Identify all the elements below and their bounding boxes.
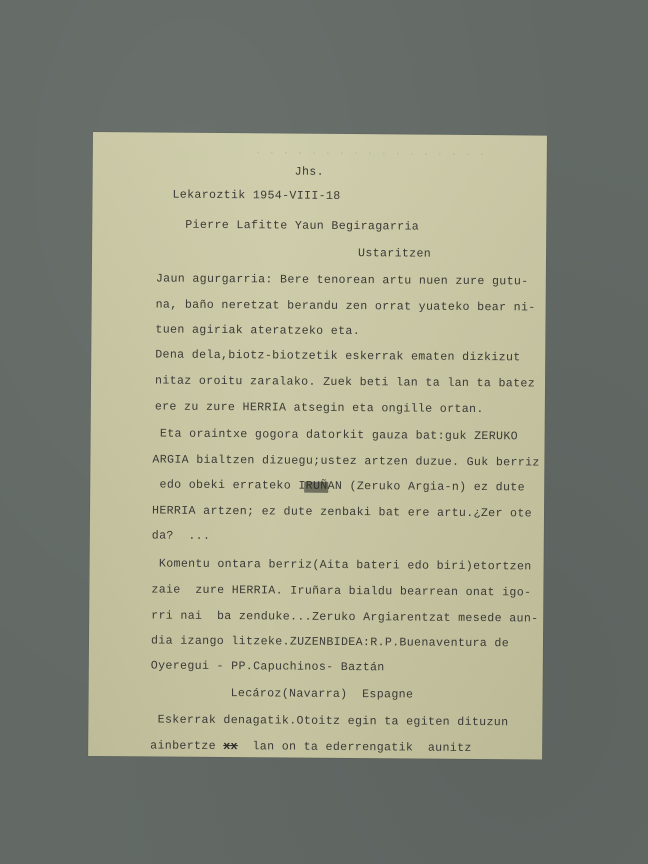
paragraph-3-line-4: HERRIA artzen; ez dute zenbaki bat ere a…	[152, 504, 532, 521]
paragraph-3-line-5: da? ...	[152, 529, 211, 543]
paragraph-4-line-2: zaie zure HERRIA. Iruñara bialdu bearrea…	[151, 583, 531, 600]
show-through-text: · · · · · · · · · · · · · · · · ·	[255, 148, 486, 161]
paragraph-1-line-2: na, baño neretzat berandu zen orrat yuat…	[156, 298, 536, 315]
paragraph-5-line-2: ainbertze xx lan on ta ederrengatik auni…	[150, 739, 472, 756]
address-line: Lecároz(Navarra) Espagne	[231, 687, 414, 702]
invocation: Jhs.	[295, 166, 324, 180]
recipient: Pierre Lafitte Yaun Begiragarria	[185, 219, 419, 235]
corrected-word: IRUÑAN	[298, 480, 342, 494]
paragraph-2-line-3: ere zu zure HERRIA atsegin eta ongille o…	[155, 400, 484, 417]
text-segment: edo obeki errateko	[152, 478, 298, 492]
paragraph-3-line-2: ARGIA bialtzen dizuegu;ustez artzen duzu…	[152, 453, 539, 470]
paragraph-1-line-3: tuen agiriak ateratzeko eta.	[155, 323, 360, 339]
paragraph-2-line-1: Dena dela,biotz-biotzetik eskerrak emate…	[155, 348, 520, 365]
paragraph-4-line-1: Komentu ontara berriz(Aita bateri edo bi…	[152, 557, 532, 574]
place-date: Lekaroztik 1954-VIII-18	[172, 189, 340, 204]
text-segment: lan on ta ederrengatik aunitz	[238, 740, 472, 755]
text-segment: (Zeruko Argia-n) ez dute	[342, 480, 525, 494]
paragraph-3-line-3: edo obeki errateko IRUÑAN (Zeruko Argia-…	[152, 478, 525, 495]
paragraph-4-line-3: rri nai ba zenduke...Zeruko Argiarentzat…	[151, 609, 538, 626]
paragraph-2-line-2: nitaz oroitu zaralako. Zuek beti lan ta …	[155, 374, 535, 391]
recipient-place: Ustaritzen	[358, 247, 431, 262]
paragraph-4-line-4: dia izango litzeke.ZUZENBIDEA:R.P.Buenav…	[151, 634, 509, 651]
paragraph-3-line-1: Eta oraintxe gogora datorkit gauza bat:g…	[153, 427, 518, 444]
paragraph-5-line-1: Eskerrak denagatik.Otoitz egin ta egiten…	[150, 713, 508, 730]
paragraph-1-line-1: Jaun agurgarria: Bere tenorean artu nuen…	[156, 272, 529, 289]
text-segment: ainbertze	[150, 739, 223, 753]
paragraph-4-line-5: Oyeregui - PP.Capuchinos- Baztán	[151, 659, 385, 675]
struck-out-text: xx	[223, 740, 238, 754]
letter-page: · · · · · · · · · · · · · · · · · Jhs. L…	[88, 132, 547, 760]
